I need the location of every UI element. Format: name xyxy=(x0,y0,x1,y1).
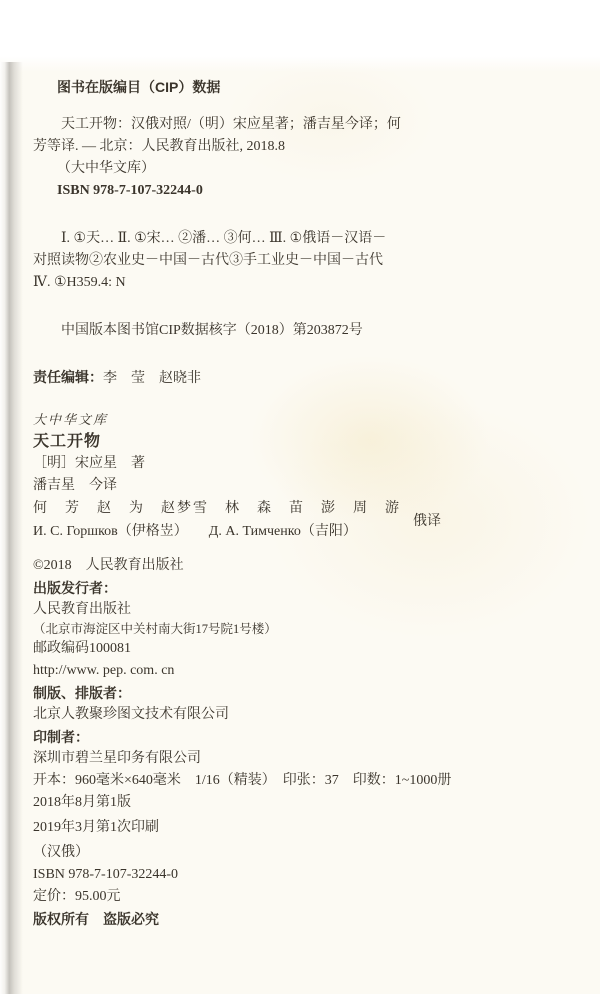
cip-record-number: 中国版本图书馆CIP数据核字（2018）第203872号 xyxy=(33,320,582,342)
printer-label: 印制者： xyxy=(33,726,582,748)
printer-name: 深圳市碧兰星印务有限公司 xyxy=(33,748,582,770)
copyright-line: ©2018 人民教育出版社 xyxy=(33,555,582,577)
typesetter-label: 制版、排版者： xyxy=(33,682,582,704)
modern-translator-line: 潘吉星 今译 xyxy=(33,475,582,497)
typesetter-name: 北京人教聚珍图文技术有限公司 xyxy=(33,704,582,726)
editor-label: 责任编辑： xyxy=(33,369,103,385)
cn-translators-line: 何 芳 赵 为 赵梦雪 林 森 苗 澎 周 游 xyxy=(33,497,401,520)
isbn-line: ISBN 978-7-107-32244-0 xyxy=(33,864,582,886)
cip-record-line-1: 天工开物：汉俄对照/（明）宋应星著；潘吉星今译；何 xyxy=(33,114,582,136)
editor-names: 李 莹 赵晓非 xyxy=(103,371,201,386)
postcode-line: 邮政编码100081 xyxy=(33,638,582,660)
cip-tracing-line-2: 对照读物②农业史－中国－古代③手工业史－中国－古代 xyxy=(33,250,582,272)
translator-lines: 何 芳 赵 为 赵梦雪 林 森 苗 澎 周 游 И. С. Горшков（伊格… xyxy=(33,497,401,543)
author-line: ［明］宋应星 著 xyxy=(33,453,582,475)
copyright-notice: 版权所有 盗版必究 xyxy=(33,908,582,930)
cip-tracing-line-3: Ⅳ. ①H359.4: N xyxy=(33,272,582,294)
cip-record-line-2: 芳等译. — 北京：人民教育出版社, 2018.8 xyxy=(33,136,582,158)
ru-translation-label: 俄译 xyxy=(413,510,441,530)
cip-tracing-line-1: Ⅰ. ①天… Ⅱ. ①宋… ②潘… ③何… Ⅲ. ①俄语－汉语－ xyxy=(33,228,582,250)
language-line: （汉俄） xyxy=(33,842,582,864)
format-line: 开本：960毫米×640毫米 1/16（精装） 印张：37 印数：1~1000册 xyxy=(33,770,582,792)
cip-header: 图书在版编目（CIP）数据 xyxy=(33,76,582,98)
cip-isbn: ISBN 978-7-107-32244-0 xyxy=(33,180,582,202)
copyright-page: 图书在版编目（CIP）数据 天工开物：汉俄对照/（明）宋应星著；潘吉星今译；何 … xyxy=(33,76,582,930)
impression-line: 2019年3月第1次印刷 xyxy=(33,817,582,839)
publisher-address: （北京市海淀区中关村南大街17号院1号楼） xyxy=(33,621,582,638)
book-spine-shadow xyxy=(0,62,26,994)
edition-line: 2018年8月第1版 xyxy=(33,792,582,814)
editor-line: 责任编辑：李 莹 赵晓非 xyxy=(33,366,582,388)
translator-block: 何 芳 赵 为 赵梦雪 林 森 苗 澎 周 游 И. С. Горшков（伊格… xyxy=(33,497,582,543)
ru-translators-line: И. С. Горшков（伊格岦） Д. А. Тимченко（吉阳） xyxy=(33,520,401,543)
publisher-label: 出版发行者： xyxy=(33,577,582,599)
price-line: 定价：95.00元 xyxy=(33,886,582,908)
cip-series-note: （大中华文库） xyxy=(33,158,582,180)
book-title: 天工开物 xyxy=(33,430,582,453)
publisher-name: 人民教育出版社 xyxy=(33,599,582,621)
website-line: http://www. pep. com. cn xyxy=(33,660,582,682)
series-title: 大中华文库 xyxy=(33,409,582,430)
